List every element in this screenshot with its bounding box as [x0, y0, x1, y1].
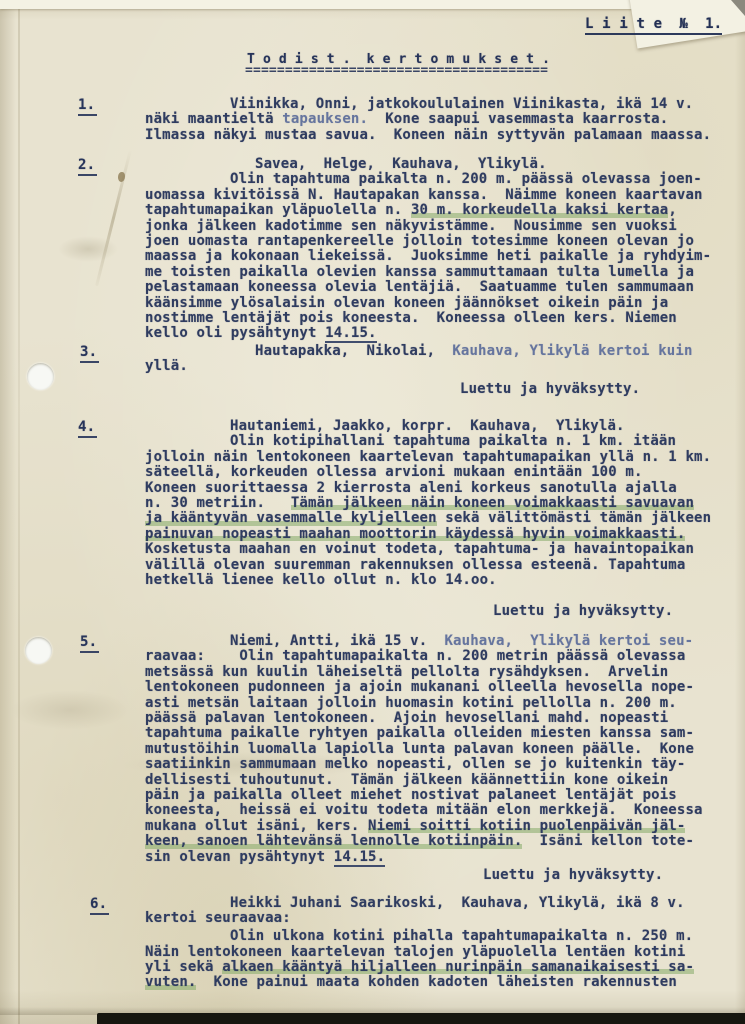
- scan-corner-shadow: [731, 0, 745, 16]
- document-page: L i i t e № 1. T o d i s t . k e r t o m…: [0, 0, 745, 1024]
- text-run: välillä olevan suuremman rakennuksen oll…: [145, 557, 685, 573]
- underlined-run: 14.15.: [325, 325, 376, 343]
- text-line: uomassa kivitöissä N. Hautapakan kanssa.…: [145, 188, 703, 203]
- text-run: Heikki Juhani Saarikoski, Kauhava, Yliky…: [230, 895, 685, 911]
- text-line: Olin tapahtuma paikalta n. 200 m. päässä…: [230, 172, 702, 187]
- approval-line: Luettu ja hyväksytty.: [493, 604, 673, 619]
- approval-line: Luettu ja hyväksytty.: [483, 868, 663, 883]
- section-number: 3.: [80, 344, 99, 363]
- text-run: Luettu ja hyväksytty.: [483, 867, 663, 883]
- text-run: hetkellä lienee kello ollut n. klo 14.oo…: [145, 572, 497, 588]
- text-run: Isäni kellon tote-: [522, 833, 694, 849]
- text-run: näki maantieltä: [145, 111, 282, 127]
- approval-line: Luettu ja hyväksytty.: [460, 382, 640, 397]
- text-run: säteellä, korkeuden ollessa arvioni muka…: [145, 464, 643, 480]
- text-run: Olin tapahtuma paikalta n. 200 m. päässä…: [230, 171, 702, 187]
- paper-crease: [95, 150, 132, 287]
- text-line: vuten. Kone painui maata kohden kadoten …: [145, 975, 677, 990]
- text-line: n. 30 metriin. Tämän jälkeen näin koneen…: [145, 496, 694, 511]
- text-run: kertoi seuraavaa:: [145, 910, 291, 926]
- text-run: Kauhava, Ylikylä kertoi kuin: [452, 343, 692, 359]
- text-run: Luettu ja hyväksytty.: [460, 381, 640, 397]
- text-run: Kauhava, Ylikylä kertoi seu-: [444, 633, 693, 649]
- green-underlined-run: ja kääntyvän vasemmalle kyljelleen: [145, 510, 437, 526]
- section-number: 4.: [78, 419, 97, 438]
- text-run: Näin lentokoneen kaartelevan talojen ylä…: [145, 944, 685, 960]
- text-line: päässä palavan lentokoneen. Ajoin hevose…: [145, 711, 668, 726]
- section-number: 2.: [78, 157, 97, 176]
- text-line: saatiinkin sammumaan melko nopeasti, oll…: [145, 757, 685, 772]
- text-line: Niemi, Antti, ikä 15 v. Kauhava, Ylikylä…: [230, 634, 693, 649]
- text-line: Hautaniemi, Jaakko, korpr. Kauhava, Ylik…: [230, 419, 625, 434]
- text-line: me toisten paikalla olevien kanssa sammu…: [145, 265, 694, 280]
- text-run: ,: [668, 202, 677, 218]
- text-run: lentokoneen pudonneen ja ajoin mukanani …: [145, 679, 694, 695]
- section-number: 5.: [80, 634, 99, 653]
- text-run: päässä palavan lentokoneen. Ajoin hevose…: [145, 710, 668, 726]
- text-run: asti metsän laitaan jolloin huomasin kot…: [145, 695, 677, 711]
- green-underlined-run: 30 m. korkeudella kaksi kertaa: [411, 202, 668, 218]
- punch-hole: [25, 637, 52, 664]
- text-run: jolloin näin lentokoneen kaartelevan tap…: [145, 449, 711, 465]
- text-run: päin ja paikalla olleet miehet nostivat …: [145, 787, 677, 803]
- green-underlined-run: alkaen kääntyä hiljalleen nurinpäin sama…: [222, 959, 694, 975]
- text-line: päin ja paikalla olleet miehet nostivat …: [145, 788, 677, 803]
- text-run: joen uomasta rantapenkereelle jolloin to…: [145, 233, 694, 249]
- text-line: lentokoneen pudonneen ja ajoin mukanani …: [145, 680, 694, 695]
- text-line: metsässä kun kuulin läheiseltä pellolta …: [145, 665, 668, 680]
- scan-strip-bottom: [97, 1013, 745, 1024]
- text-line: jonka jälkeen kadotimme sen näkyvistämme…: [145, 219, 677, 234]
- text-line: dellisesti tuhoutunut. Tämän jälkeen kää…: [145, 773, 668, 788]
- text-line: asti metsän laitaan jolloin huomasin kot…: [145, 696, 677, 711]
- text-run: Hautapakka, Nikolai,: [255, 343, 452, 359]
- text-line: painuvan nopeasti maahan moottorin käyde…: [145, 527, 685, 542]
- annex-label: L i i t e № 1.: [585, 16, 722, 35]
- text-line: mutustöihin luomalla lapiolla lunta pala…: [145, 742, 694, 757]
- text-run: uomassa kivitöissä N. Hautapakan kanssa.…: [145, 187, 703, 203]
- text-line: yli sekä alkaen kääntyä hiljalleen nurin…: [145, 960, 694, 975]
- paper-fold-line: [18, 0, 20, 1024]
- text-run: pelastamaan koneessa olevia lentäjiä. Sa…: [145, 279, 694, 295]
- text-line: keen, sanoen lähtevänsä lennolle kotiinp…: [145, 834, 694, 849]
- text-line: Hautapakka, Nikolai, Kauhava, Ylikylä ke…: [255, 344, 693, 359]
- text-line: hetkellä lienee kello ollut n. klo 14.oo…: [145, 573, 497, 588]
- paper-stain: [58, 236, 118, 262]
- text-line: käänsimme ylösalaisin olevan koneen jään…: [145, 296, 668, 311]
- text-run: jonka jälkeen kadotimme sen näkyvistämme…: [145, 218, 677, 234]
- text-run: Kone painui maata kohden kadoten läheist…: [196, 974, 676, 990]
- text-line: säteellä, korkeuden ollessa arvioni muka…: [145, 465, 643, 480]
- text-line: ja kääntyvän vasemmalle kyljelleen sekä …: [145, 511, 711, 526]
- text-run: Savea, Helge, Kauhava, Ylikylä.: [255, 156, 547, 172]
- text-run: me toisten paikalla olevien kanssa sammu…: [145, 264, 694, 280]
- text-line: kertoi seuraavaa:: [145, 911, 291, 926]
- text-run: saatiinkin sammumaan melko nopeasti, oll…: [145, 756, 685, 772]
- green-underlined-run: painuvan nopeasti maahan moottorin käyde…: [145, 526, 685, 542]
- text-run: maassa ja kokonaan liekeissä. Juoksimme …: [145, 248, 711, 264]
- text-run: käänsimme ylösalaisin olevan koneen jään…: [145, 295, 668, 311]
- text-run: yli sekä: [145, 959, 222, 975]
- text-line: Viinikka, Onni, jatkokoululainen Viinika…: [230, 97, 693, 112]
- text-run: mukana ollut isäni, kers.: [145, 818, 368, 834]
- paper-stain: [10, 690, 130, 730]
- text-run: sin olevan pysähtynyt: [145, 849, 334, 865]
- text-run: tapahtumapaikan yläpuolella n.: [145, 202, 411, 218]
- green-underlined-run: keen, sanoen lähtevänsä lennolle kotiinp…: [145, 833, 522, 849]
- text-line: Heikki Juhani Saarikoski, Kauhava, Yliky…: [230, 896, 685, 911]
- text-run: Viinikka, Onni, jatkokoululainen Viinika…: [230, 96, 693, 112]
- text-run: n. 30 metriin.: [145, 495, 291, 511]
- text-line: jolloin näin lentokoneen kaartelevan tap…: [145, 450, 711, 465]
- text-line: tapahtumapaikan yläpuolella n. 30 m. kor…: [145, 203, 677, 218]
- text-run: mutustöihin luomalla lapiolla lunta pala…: [145, 741, 694, 757]
- text-run: nostimme lentäjät pois koneesta. Koneess…: [145, 310, 677, 326]
- underlined-run: 14.15.: [334, 849, 385, 867]
- text-line: nostimme lentäjät pois koneesta. Koneess…: [145, 311, 677, 326]
- green-underlined-run: Tämän jälkeen näin koneen voimakkaasti s…: [291, 495, 694, 511]
- section-number: 1.: [78, 97, 97, 116]
- text-line: yllä.: [145, 359, 188, 374]
- text-run: sekä välittömästi tämän jälkeen: [437, 510, 712, 526]
- text-run: tapahtuma paikalle ryhtyen paikalla olle…: [145, 725, 694, 741]
- text-run: Kosketusta maahan en voinut todeta, tapa…: [145, 541, 694, 557]
- text-line: Koneen suorittaessa 2 kierrosta aleni ko…: [145, 481, 677, 496]
- text-line: Savea, Helge, Kauhava, Ylikylä.: [255, 157, 547, 172]
- text-line: Olin kotipihallani tapahtuma paikalta n.…: [230, 434, 676, 449]
- green-underlined-run: vuten.: [145, 974, 196, 990]
- text-line: pelastamaan koneessa olevia lentäjiä. Sa…: [145, 280, 694, 295]
- section-number: 6.: [90, 896, 109, 915]
- text-line: mukana ollut isäni, kers. Niemi soitti k…: [145, 819, 685, 834]
- text-line: näki maantieltä tapauksen. Kone saapui v…: [145, 112, 668, 127]
- text-run: koneesta, heissä ei voitu todeta mitään …: [145, 802, 703, 818]
- text-line: Olin ulkona kotini pihalla tapahtumapaik…: [230, 929, 693, 944]
- text-run: Ilmassa näkyi mustaa savua. Koneen näin …: [145, 127, 711, 143]
- text-line: sin olevan pysähtynyt 14.15.: [145, 850, 385, 865]
- text-line: Kosketusta maahan en voinut todeta, tapa…: [145, 542, 694, 557]
- text-run: Kone saapui vasemmasta kaarrosta.: [368, 111, 668, 127]
- text-run: Hautaniemi, Jaakko, korpr. Kauhava, Ylik…: [230, 418, 625, 434]
- text-line: Ilmassa näkyi mustaa savua. Koneen näin …: [145, 128, 711, 143]
- text-run: metsässä kun kuulin läheiseltä pellolta …: [145, 664, 668, 680]
- text-run: yllä.: [145, 358, 188, 374]
- text-line: raavaa: Olin tapahtumapaikalta n. 200 me…: [145, 649, 685, 664]
- text-run: Olin kotipihallani tapahtuma paikalta n.…: [230, 433, 676, 449]
- text-line: tapahtuma paikalle ryhtyen paikalla olle…: [145, 726, 694, 741]
- text-run: Koneen suorittaessa 2 kierrosta aleni ko…: [145, 480, 677, 496]
- text-run: Olin ulkona kotini pihalla tapahtumapaik…: [230, 928, 693, 944]
- text-line: välillä olevan suuremman rakennuksen oll…: [145, 558, 685, 573]
- text-run: raavaa: Olin tapahtumapaikalta n. 200 me…: [145, 648, 685, 664]
- text-run: tapauksen.: [282, 111, 368, 127]
- text-line: koneesta, heissä ei voitu todeta mitään …: [145, 803, 703, 818]
- punch-hole: [27, 363, 54, 390]
- text-line: joen uomasta rantapenkereelle jolloin to…: [145, 234, 694, 249]
- green-underlined-run: Niemi soitti kotiin puolenpäivän jäl-: [368, 818, 685, 834]
- text-run: Luettu ja hyväksytty.: [493, 603, 673, 619]
- text-line: Näin lentokoneen kaartelevan talojen ylä…: [145, 945, 685, 960]
- title-underline: ======================================: [245, 63, 548, 78]
- text-line: kello oli pysähtynyt 14.15.: [145, 326, 377, 341]
- text-line: maassa ja kokonaan liekeissä. Juoksimme …: [145, 249, 711, 264]
- text-run: kello oli pysähtynyt: [145, 325, 325, 341]
- text-run: Niemi, Antti, ikä 15 v.: [230, 633, 444, 649]
- text-run: dellisesti tuhoutunut. Tämän jälkeen kää…: [145, 772, 668, 788]
